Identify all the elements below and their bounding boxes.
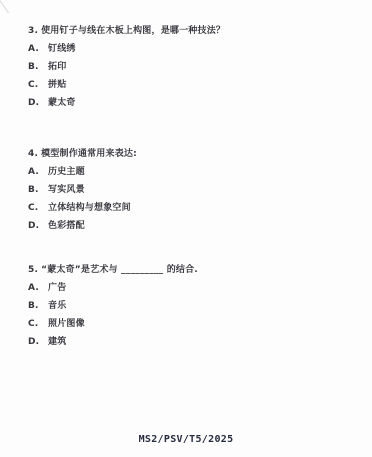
option-text: 色彩搭配 bbox=[48, 221, 85, 231]
question-number: 3. bbox=[28, 22, 38, 40]
option-row: B.音乐 bbox=[28, 297, 362, 315]
option-letter: B. bbox=[28, 297, 48, 315]
question-block-4: 4.模型制作通常用来表达: A.历史主题 B.写实风景 C.立体结构与想象空间 … bbox=[28, 145, 362, 235]
footer-code: MS2/PSV/T5/2025 bbox=[0, 434, 372, 445]
option-letter: A. bbox=[28, 163, 48, 181]
option-letter: D. bbox=[28, 333, 48, 351]
option-row: B.写实风景 bbox=[28, 181, 362, 199]
option-text: 照片图像 bbox=[48, 319, 85, 329]
option-row: D.蒙太奇 bbox=[28, 94, 362, 112]
option-text: 蒙太奇 bbox=[48, 98, 76, 108]
question-number: 4. bbox=[28, 145, 38, 163]
option-letter: A. bbox=[28, 40, 48, 58]
option-letter: D. bbox=[28, 217, 48, 235]
option-row: C.照片图像 bbox=[28, 315, 362, 333]
question-block-5: 5.“蒙太奇”是艺术与 _________ 的结合. A.广告 B.音乐 C.照… bbox=[28, 261, 362, 351]
question-text: 3.使用钉子与线在木板上构图，是哪一种技法？ bbox=[28, 22, 362, 40]
option-text: 拓印 bbox=[48, 62, 66, 72]
option-row: A.钉线绣 bbox=[28, 40, 362, 58]
option-text: 钉线绣 bbox=[48, 44, 76, 54]
option-row: D.色彩搭配 bbox=[28, 217, 362, 235]
option-row: B.拓印 bbox=[28, 58, 362, 76]
question-list: 3.使用钉子与线在木板上构图，是哪一种技法？ A.钉线绣 B.拓印 C.拼贴 D… bbox=[0, 0, 372, 351]
question-stem: 模型制作通常用来表达: bbox=[41, 149, 137, 159]
option-text: 历史主题 bbox=[48, 167, 85, 177]
option-letter: A. bbox=[28, 279, 48, 297]
option-text: 立体结构与想象空间 bbox=[48, 203, 131, 213]
option-letter: C. bbox=[28, 76, 48, 94]
option-text: 写实风景 bbox=[48, 185, 85, 195]
option-letter: C. bbox=[28, 315, 48, 333]
option-letter: B. bbox=[28, 181, 48, 199]
option-row: D.建筑 bbox=[28, 333, 362, 351]
option-text: 建筑 bbox=[48, 337, 66, 347]
option-letter: B. bbox=[28, 58, 48, 76]
question-number: 5. bbox=[28, 261, 38, 279]
document-page: 3.使用钉子与线在木板上构图，是哪一种技法？ A.钉线绣 B.拓印 C.拼贴 D… bbox=[0, 0, 372, 457]
option-text: 广告 bbox=[48, 283, 66, 293]
option-row: A.历史主题 bbox=[28, 163, 362, 181]
question-block-3: 3.使用钉子与线在木板上构图，是哪一种技法？ A.钉线绣 B.拓印 C.拼贴 D… bbox=[28, 22, 362, 112]
question-text: 4.模型制作通常用来表达: bbox=[28, 145, 362, 163]
question-stem: 使用钉子与线在木板上构图，是哪一种技法？ bbox=[41, 26, 225, 36]
option-row: A.广告 bbox=[28, 279, 362, 297]
option-text: 拼贴 bbox=[48, 80, 66, 90]
option-row: C.立体结构与想象空间 bbox=[28, 199, 362, 217]
option-row: C.拼贴 bbox=[28, 76, 362, 94]
question-text: 5.“蒙太奇”是艺术与 _________ 的结合. bbox=[28, 261, 362, 279]
question-stem: “蒙太奇”是艺术与 _________ 的结合. bbox=[41, 265, 198, 275]
option-letter: D. bbox=[28, 94, 48, 112]
option-text: 音乐 bbox=[48, 301, 66, 311]
option-letter: C. bbox=[28, 199, 48, 217]
